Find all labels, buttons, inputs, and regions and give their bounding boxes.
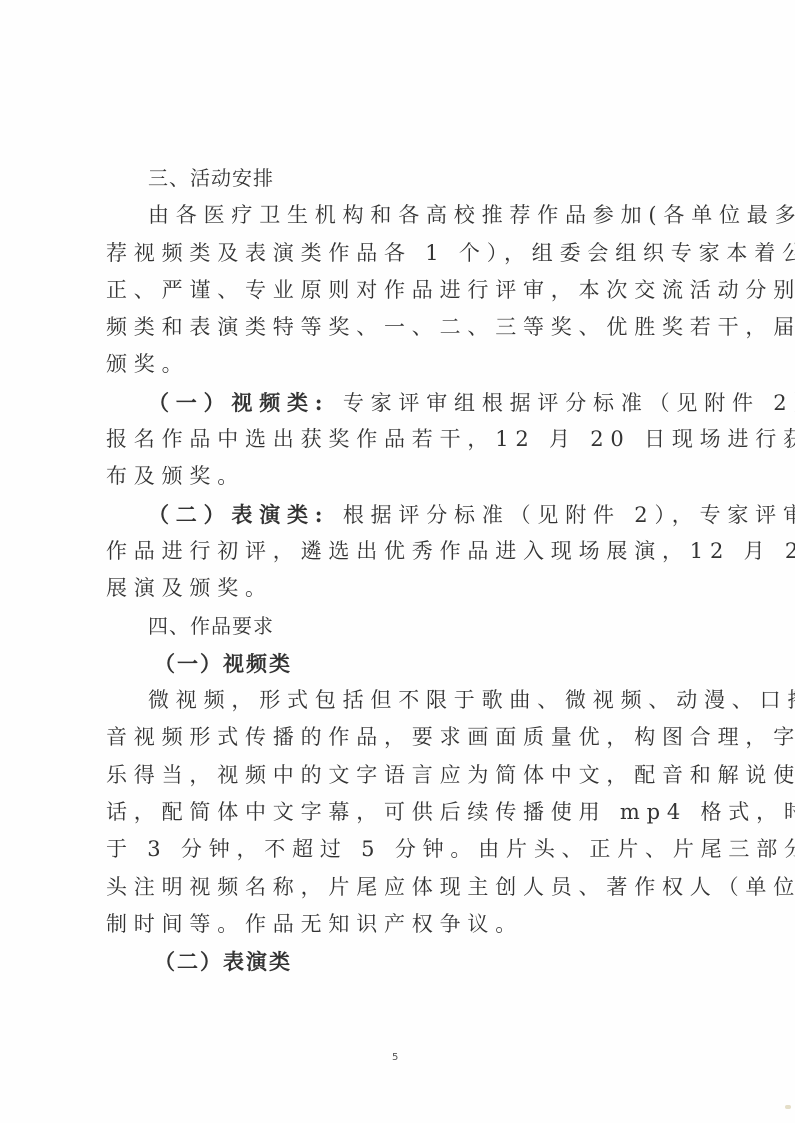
video-category-label: （一）视频类: [148, 390, 329, 415]
document-page: 三、活动安排 由各医疗卫生机构和各高校推荐作品参加(各单位最多可推 荐视频类及表… [0, 0, 795, 1123]
paragraph-line: 乐得当，视频中的文字语言应为简体中文，配音和解说使用普通 [106, 757, 692, 794]
section-heading-activity-arrangement: 三、活动安排 [106, 160, 692, 197]
paragraph-line: （一）视频类: 专家评审组根据评分标准（见附件 2），在 [106, 384, 692, 421]
paragraph-line: 报名作品中选出获奖作品若干，12 月 20 日现场进行获奖名单公 [106, 421, 692, 458]
document-body: 三、活动安排 由各医疗卫生机构和各高校推荐作品参加(各单位最多可推 荐视频类及表… [106, 160, 692, 981]
paragraph-line: 话，配简体中文字幕，可供后续传播使用 mp4 格式，时间不少 [106, 794, 692, 831]
paragraph-video-requirements: 微视频，形式包括但不限于歌曲、微视频、动漫、口播等以 音视频形式传播的作品，要求… [106, 682, 692, 943]
section-heading-work-requirements: 四、作品要求 [106, 608, 692, 645]
paragraph-line: 头注明视频名称，片尾应体现主创人员、著作权人（单位）、录 [106, 869, 692, 906]
paragraph-line: 频类和表演类特等奖、一、二、三等奖、优胜奖若干，届时现场 [106, 309, 692, 346]
paragraph-line: 正、严谨、专业原则对作品进行评审，本次交流活动分别设置视 [106, 272, 692, 309]
paragraph-line: 展演及颁奖。 [106, 570, 692, 607]
performance-category-text: 根据评分标准（见附件 2），专家评审组对 [329, 503, 795, 527]
scan-artifact [785, 1105, 791, 1109]
paragraph-line: 布及颁奖。 [106, 458, 692, 495]
paragraph-line: 制时间等。作品无知识产权争议。 [106, 906, 692, 943]
paragraph-line: 颁奖。 [106, 346, 692, 383]
paragraph-line: 微视频，形式包括但不限于歌曲、微视频、动漫、口播等以 [106, 682, 692, 719]
page-number: 5 [392, 1052, 398, 1063]
paragraph-line: 荐视频类及表演类作品各 1 个），组委会组织专家本着公平、公 [106, 235, 692, 272]
subsection-heading-video: （一）视频类 [106, 645, 692, 682]
paragraph-line: 由各医疗卫生机构和各高校推荐作品参加(各单位最多可推 [106, 197, 692, 234]
paragraph-line: （二）表演类: 根据评分标准（见附件 2），专家评审组对 [106, 496, 692, 533]
paragraph-line: 于 3 分钟，不超过 5 分钟。由片头、正片、片尾三部分构成，片 [106, 831, 692, 868]
subsection-heading-performance: （二）表演类 [106, 943, 692, 980]
paragraph-line: 音视频形式传播的作品，要求画面质量优，构图合理，字幕及配 [106, 719, 692, 756]
paragraph-activity-arrangement: 由各医疗卫生机构和各高校推荐作品参加(各单位最多可推 荐视频类及表演类作品各 1… [106, 197, 692, 383]
paragraph-performance-category-award: （二）表演类: 根据评分标准（见附件 2），专家评审组对 作品进行初评，遴选出优… [106, 496, 692, 608]
video-category-text: 专家评审组根据评分标准（见附件 2），在 [329, 391, 795, 415]
paragraph-line: 作品进行初评，遴选出优秀作品进入现场展演，12 月 20 日现场 [106, 533, 692, 570]
performance-category-label: （二）表演类: [148, 502, 329, 527]
paragraph-video-category-award: （一）视频类: 专家评审组根据评分标准（见附件 2），在 报名作品中选出获奖作品… [106, 384, 692, 496]
